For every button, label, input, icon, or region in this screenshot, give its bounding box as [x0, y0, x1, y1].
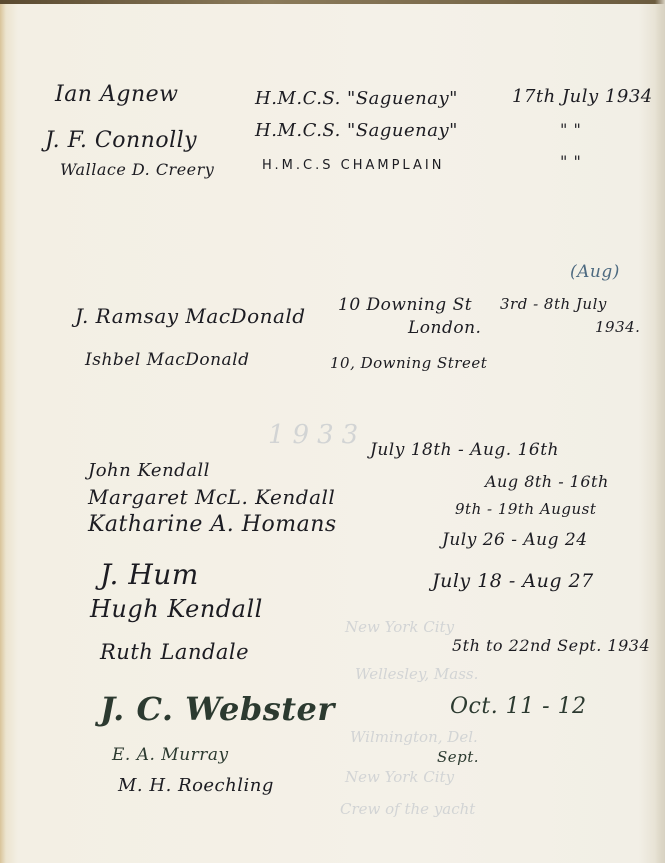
entry-name: J. C. Webster: [100, 690, 335, 728]
entry-dates: " ": [560, 120, 581, 139]
guestbook-page: 1933 New York City Wellesley, Mass. Wilm…: [0, 0, 665, 863]
bleed-through-text: New York City: [345, 618, 454, 636]
entry-dates: July 18 - Aug 27: [432, 570, 594, 592]
entry-name: J. F. Connolly: [45, 128, 197, 153]
bleed-through-text: New York City: [345, 768, 454, 786]
entry-name: John Kendall: [88, 460, 210, 481]
entry-dates: " ": [560, 152, 581, 171]
entry-dates: 5th to 22nd Sept. 1934: [452, 636, 650, 655]
entry-name: J. Ramsay MacDonald: [75, 304, 306, 328]
entry-address: H.M.C.S CHAMPLAIN: [262, 158, 444, 173]
entry-dates: Sept.: [437, 748, 479, 766]
entry-dates: Oct. 11 - 12: [450, 694, 587, 719]
bleed-through-text: Wellesley, Mass.: [355, 665, 478, 683]
entry-dates: 3rd - 8th July: [500, 295, 607, 313]
entry-address: H.M.C.S. "Saguenay": [255, 88, 458, 109]
bleed-through-text: Wilmington, Del.: [350, 728, 478, 746]
entry-name: Wallace D. Creery: [60, 160, 214, 179]
entry-name: Hugh Kendall: [90, 595, 263, 623]
entry-note: (Aug): [570, 262, 620, 282]
entry-name: Margaret McL. Kendall: [88, 485, 335, 509]
page-top-edge: [0, 0, 665, 4]
entry-name: M. H. Roechling: [118, 775, 274, 796]
entry-name: Ishbel MacDonald: [85, 350, 250, 370]
entry-dates: 17th July 1934: [512, 86, 653, 107]
entry-dates: Aug 8th - 16th: [485, 472, 609, 491]
entry-address: 10, Downing Street: [330, 354, 487, 372]
entry-address-line2: London.: [408, 318, 481, 338]
entry-address: H.M.C.S. "Saguenay": [255, 120, 458, 141]
entry-name: E. A. Murray: [112, 745, 229, 765]
entry-dates: July 18th - Aug. 16th: [370, 440, 559, 460]
entry-address: 10 Downing St: [338, 295, 472, 315]
entry-name: Ian Agnew: [55, 82, 178, 107]
page-right-edge: [655, 0, 665, 863]
bleed-through-text: Crew of the yacht: [340, 800, 475, 818]
entry-dates: July 26 - Aug 24: [442, 530, 588, 550]
entry-name: J. Hum: [100, 558, 199, 591]
entry-dates: 9th - 19th August: [455, 500, 596, 518]
entry-dates-line2: 1934.: [595, 318, 640, 336]
entry-name: Katharine A. Homans: [88, 512, 337, 537]
bleed-through-text: 1933: [268, 420, 366, 450]
entry-name: Ruth Landale: [100, 640, 249, 664]
